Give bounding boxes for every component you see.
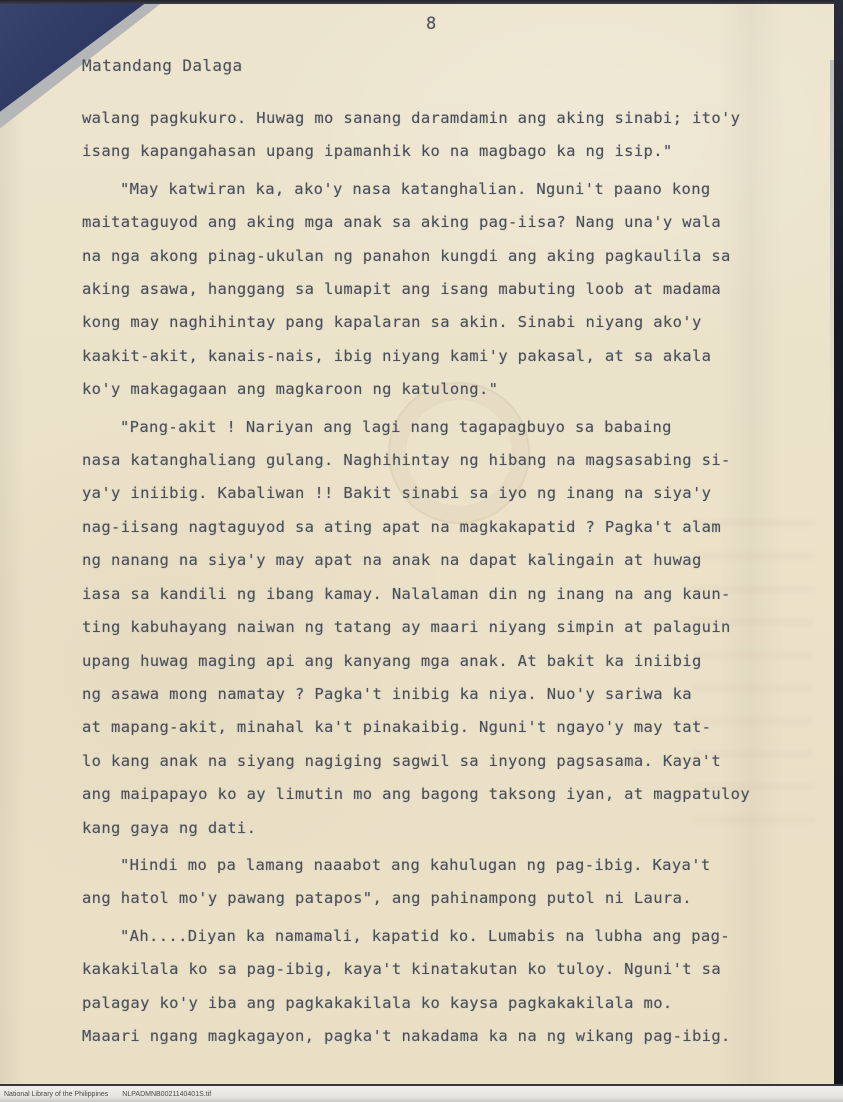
text-line: kong may naghihintay pang kapalaran sa a… bbox=[82, 306, 788, 339]
paragraph: "Pang-akit ! Nariyan ang lagi nang tagap… bbox=[82, 411, 788, 845]
digitization-footer: National Library of the Philippines NLPA… bbox=[0, 1084, 843, 1102]
text-line: palagay ko'y iba ang pagkakakilala ko ka… bbox=[82, 987, 788, 1020]
text-line: kang gaya ng dati. bbox=[82, 812, 788, 845]
library-credit: National Library of the Philippines bbox=[4, 1091, 108, 1098]
text-line: maitataguyod ang aking mga anak sa aking… bbox=[82, 206, 788, 239]
scan-file-id: NLPADMNB0021140401S.tif bbox=[122, 1091, 211, 1098]
paragraph: "Ah....Diyan ka namamali, kapatid ko. Lu… bbox=[82, 920, 788, 1054]
paper-edge-highlight bbox=[830, 60, 834, 440]
text-line: "Pang-akit ! Nariyan ang lagi nang tagap… bbox=[82, 411, 788, 444]
paragraph: "May katwiran ka, ako'y nasa katanghalia… bbox=[82, 173, 788, 407]
text-line: isang kapangahasan upang ipamanhik ko na… bbox=[82, 135, 788, 168]
scan-edge-right bbox=[834, 0, 843, 1084]
text-line: nasa katanghaliang gulang. Naghihintay n… bbox=[82, 444, 788, 477]
scan-edge-top bbox=[0, 0, 843, 4]
text-line: at mapang-akit, minahal ka't pinakaibig.… bbox=[82, 711, 788, 744]
scanned-manuscript-page: 8 Matandang Dalaga walang pagkukuro. Huw… bbox=[0, 0, 843, 1102]
paragraph: walang pagkukuro. Huwag mo sanang daramd… bbox=[82, 102, 788, 169]
text-line: "Hindi mo pa lamang naaabot ang kahuluga… bbox=[82, 849, 788, 882]
text-line: iasa sa kandili ng ibang kamay. Nalalama… bbox=[82, 578, 788, 611]
text-line: aking asawa, hanggang sa lumapit ang isa… bbox=[82, 273, 788, 306]
text-line: kaakit-akit, kanais-nais, ibig niyang ka… bbox=[82, 340, 788, 373]
text-line: nag-iisang nagtaguyod sa ating apat na m… bbox=[82, 511, 788, 544]
text-line: upang huwag maging api ang kanyang mga a… bbox=[82, 645, 788, 678]
text-line: ya'y iniibig. Kabaliwan !! Bakit sinabi … bbox=[82, 477, 788, 510]
text-line: walang pagkukuro. Huwag mo sanang daramd… bbox=[82, 102, 788, 135]
text-line: na nga akong pinag-ukulan ng panahon kun… bbox=[82, 240, 788, 273]
page-number: 8 bbox=[426, 14, 436, 34]
page-title: Matandang Dalaga bbox=[82, 56, 243, 75]
text-line: ng nanang na siya'y may apat na anak na … bbox=[82, 544, 788, 577]
paragraph: "Hindi mo pa lamang naaabot ang kahuluga… bbox=[82, 849, 788, 916]
text-line: ko'y makagagaan ang magkaroon ng katulon… bbox=[82, 373, 788, 406]
text-line: "May katwiran ka, ako'y nasa katanghalia… bbox=[82, 173, 788, 206]
text-line: Maaari ngang magkagayon, pagka't nakadam… bbox=[82, 1020, 788, 1053]
text-line: "Ah....Diyan ka namamali, kapatid ko. Lu… bbox=[82, 920, 788, 953]
text-line: ng asawa mong namatay ? Pagka't inibig k… bbox=[82, 678, 788, 711]
text-line: lo kang anak na siyang nagiging sagwil s… bbox=[82, 745, 788, 778]
text-line: kakakilala ko sa pag-ibig, kaya't kinata… bbox=[82, 953, 788, 986]
document-body: walang pagkukuro. Huwag mo sanang daramd… bbox=[82, 102, 788, 1057]
text-line: ting kabuhayang naiwan ng tatang ay maar… bbox=[82, 611, 788, 644]
text-line: ang hatol mo'y pawang patapos", ang pahi… bbox=[82, 882, 788, 915]
text-line: ang maipapayo ko ay limutin mo ang bagon… bbox=[82, 778, 788, 811]
